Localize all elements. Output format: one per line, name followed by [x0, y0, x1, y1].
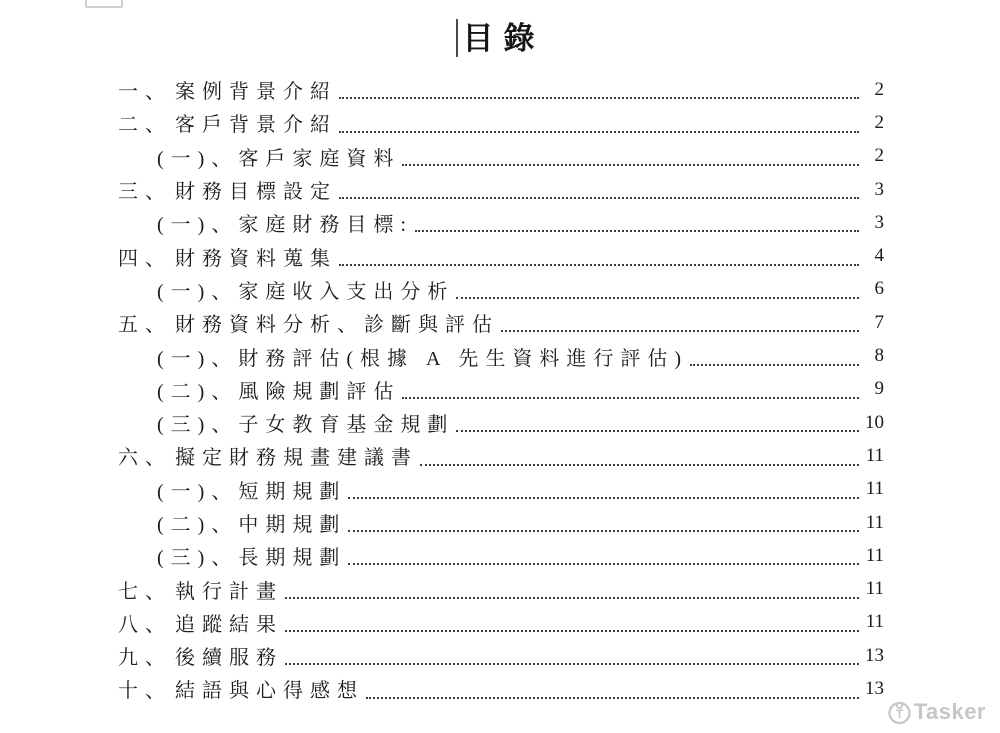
toc-entry-title: 案例背景介紹	[175, 75, 337, 104]
tasker-watermark: T Tasker	[887, 699, 986, 725]
toc-entry-title: 家庭收入支出分析	[238, 275, 454, 304]
toc-leader-dots	[285, 630, 859, 632]
svg-text:T: T	[896, 707, 904, 721]
toc-entry-title: 財務資料分析、診斷與評估	[175, 308, 499, 337]
toc-page-number: 2	[862, 112, 884, 134]
toc-page-number: 8	[862, 345, 884, 367]
toc-leader-dots	[348, 563, 859, 565]
toc-entry[interactable]: (一)、家庭財務目標:3	[118, 206, 884, 239]
toc-entry[interactable]: (一)、短期規劃11	[118, 473, 884, 506]
toc-entry-number: (一)、	[157, 142, 238, 171]
toc-entry-number: 四、	[118, 242, 175, 271]
toc-entry-title: 客戶背景介紹	[175, 108, 337, 137]
toc-entry-number: 五、	[118, 308, 175, 337]
toc-entry-number: 八、	[118, 608, 175, 637]
toc-leader-dots	[339, 97, 859, 99]
toc-entry-title: 長期規劃	[238, 541, 346, 570]
toc-page-number: 11	[862, 611, 884, 633]
toc-entry[interactable]: 二、客戶背景介紹2	[118, 106, 884, 139]
toc-entry[interactable]: 四、財務資料蒐集4	[118, 239, 884, 272]
toc-leader-dots	[339, 197, 859, 199]
toc-entry[interactable]: (三)、子女教育基金規劃10	[118, 406, 884, 439]
toc-entry-number: (二)、	[157, 375, 238, 404]
toc-page-number: 10	[862, 412, 884, 434]
toc-entry[interactable]: 八、追蹤結果11	[118, 606, 884, 639]
toc-page-number: 7	[862, 312, 884, 334]
toc-leader-dots	[348, 497, 859, 499]
toc-entry-title: 財務評估(根據 A 先生資料進行評估)	[238, 342, 688, 371]
toc-entry-title: 追蹤結果	[175, 608, 283, 637]
toc-page-number: 3	[862, 212, 884, 234]
toc-leader-dots	[339, 264, 859, 266]
toc-entry-number: 九、	[118, 641, 175, 670]
toc-leader-dots	[402, 397, 859, 399]
toc-entry-number: (一)、	[157, 342, 238, 371]
toc-entry[interactable]: (一)、財務評估(根據 A 先生資料進行評估)8	[118, 339, 884, 372]
toc-leader-dots	[339, 131, 859, 133]
toc-page-number: 11	[862, 545, 884, 567]
toc-entry-number: (二)、	[157, 508, 238, 537]
toc-page-number: 11	[862, 578, 884, 600]
toc-entry-number: (一)、	[157, 275, 238, 304]
toc-leader-dots	[456, 430, 859, 432]
toc-entry[interactable]: (一)、家庭收入支出分析6	[118, 273, 884, 306]
cutoff-ui-fragment	[85, 0, 123, 8]
toc-entry-title: 財務目標設定	[175, 175, 337, 204]
toc-leader-dots	[285, 597, 859, 599]
toc-entry[interactable]: 一、案例背景介紹2	[118, 73, 884, 106]
toc-page-number: 13	[862, 645, 884, 667]
toc-page-number: 4	[862, 245, 884, 267]
toc-entry-title: 後續服務	[175, 641, 283, 670]
toc-entry-title: 客戶家庭資料	[238, 142, 400, 171]
toc-page-number: 2	[862, 145, 884, 167]
toc-leader-dots	[501, 330, 859, 332]
toc-page-number: 11	[862, 512, 884, 534]
toc-leader-dots	[402, 164, 859, 166]
toc-entry-number: 七、	[118, 575, 175, 604]
toc-entry[interactable]: 九、後續服務13	[118, 639, 884, 672]
toc-entry[interactable]: 六、擬定財務規畫建議書11	[118, 439, 884, 472]
toc-entry-title: 財務資料蒐集	[175, 242, 337, 271]
toc-entry-title: 結語與心得感想	[175, 674, 364, 703]
toc-leader-dots	[366, 697, 859, 699]
toc-page-number: 13	[862, 678, 884, 700]
toc-leader-dots	[690, 364, 859, 366]
tasker-logo-icon: T	[887, 700, 912, 725]
toc-entry-number: 十、	[118, 674, 175, 703]
toc-entry-title: 中期規劃	[238, 508, 346, 537]
toc-entry-title: 子女教育基金規劃	[238, 408, 454, 437]
toc-page-number: 11	[862, 478, 884, 500]
toc-leader-dots	[420, 464, 859, 466]
page-title: 目錄	[463, 23, 545, 54]
toc-entry-title: 風險規劃評估	[238, 375, 400, 404]
toc-entry[interactable]: (一)、客戶家庭資料2	[118, 140, 884, 173]
toc-entry-number: (三)、	[157, 408, 238, 437]
toc-leader-dots	[456, 297, 859, 299]
toc-entry-title: 執行計畫	[175, 575, 283, 604]
toc-page-number: 2	[862, 79, 884, 101]
toc-entry-title: 短期規劃	[238, 475, 346, 504]
toc-entry-number: 六、	[118, 441, 175, 470]
toc-entry-number: (一)、	[157, 475, 238, 504]
toc-page-number: 11	[862, 445, 884, 467]
toc-page-number: 9	[862, 378, 884, 400]
table-of-contents: 一、案例背景介紹2二、客戶背景介紹2(一)、客戶家庭資料2三、財務目標設定3(一…	[118, 73, 884, 706]
toc-entry-number: 三、	[118, 175, 175, 204]
toc-entry[interactable]: 三、財務目標設定3	[118, 173, 884, 206]
toc-entry[interactable]: 五、財務資料分析、診斷與評估7	[118, 306, 884, 339]
toc-entry-number: (三)、	[157, 541, 238, 570]
toc-entry-number: 一、	[118, 75, 175, 104]
toc-leader-dots	[348, 530, 859, 532]
toc-entry-number: (一)、	[157, 208, 238, 237]
toc-entry[interactable]: (二)、中期規劃11	[118, 506, 884, 539]
toc-entry[interactable]: (三)、長期規劃11	[118, 539, 884, 572]
document-title-row: 目錄	[0, 16, 1000, 60]
toc-entry-title: 家庭財務目標:	[238, 208, 413, 237]
watermark-label: Tasker	[914, 699, 986, 725]
toc-leader-dots	[415, 230, 859, 232]
toc-entry[interactable]: 七、執行計畫11	[118, 572, 884, 605]
toc-leader-dots	[285, 663, 859, 665]
toc-entry[interactable]: 十、結語與心得感想13	[118, 672, 884, 705]
toc-entry-title: 擬定財務規畫建議書	[175, 441, 418, 470]
toc-page-number: 6	[862, 278, 884, 300]
toc-page-number: 3	[862, 179, 884, 201]
text-cursor-caret	[456, 19, 458, 57]
toc-entry[interactable]: (二)、風險規劃評估9	[118, 373, 884, 406]
toc-entry-number: 二、	[118, 108, 175, 137]
